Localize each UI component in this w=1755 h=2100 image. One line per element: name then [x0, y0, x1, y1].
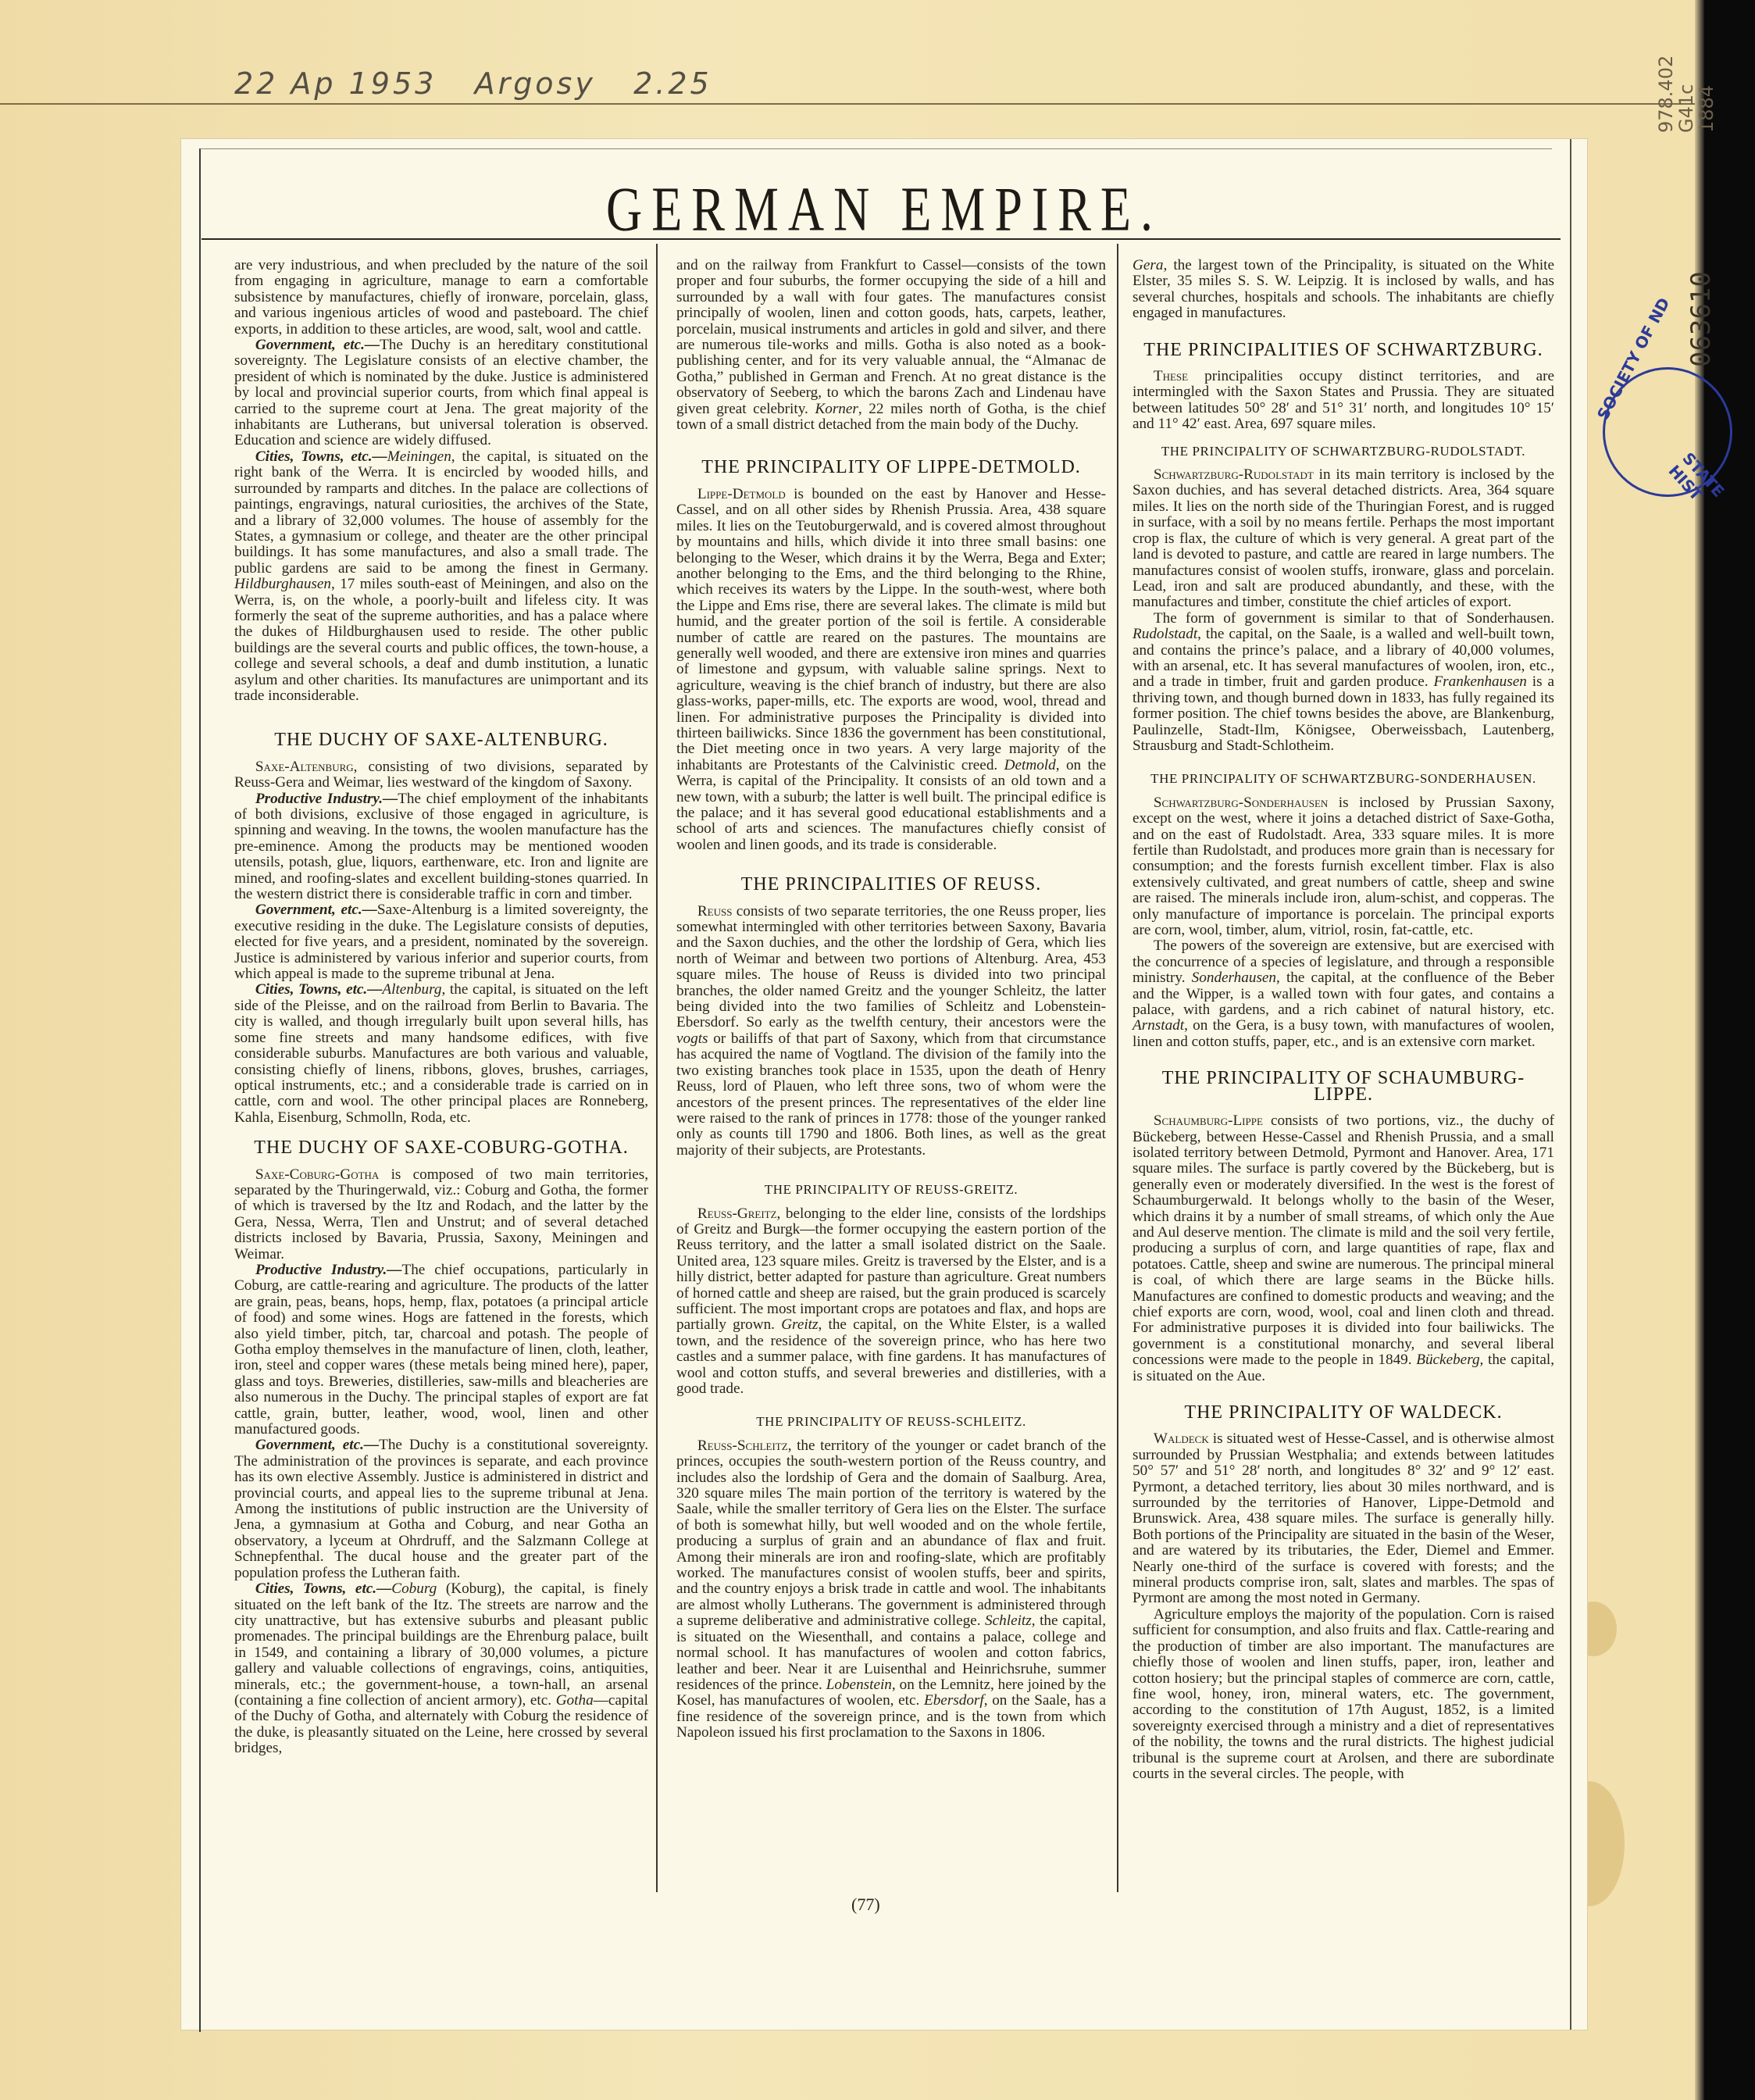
subsection-heading: THE PRINCIPALITY OF SCHWARTZBURG-RUDOLST… — [1133, 444, 1554, 459]
paragraph: Cities, Towns, etc.—Coburg (Koburg), the… — [234, 1581, 648, 1756]
paragraph: Government, etc.—The Duchy is an heredit… — [234, 337, 648, 449]
paragraph: Gera, the largest town of the Principali… — [1133, 258, 1554, 322]
section-heading: THE DUCHY OF SAXE-COBURG-GOTHA. — [234, 1140, 648, 1155]
accession-number: 063610 — [1685, 271, 1717, 367]
mount-rule — [0, 103, 1695, 105]
paragraph: Schaumburg-Lippe consists of two portion… — [1133, 1113, 1554, 1384]
column-middle: and on the railway from Frankfurt to Cas… — [676, 258, 1106, 1741]
paragraph: Reuss consists of two separate territori… — [676, 904, 1106, 1159]
title-rule — [202, 238, 1561, 240]
section-heading: THE PRINCIPALITY OF LIPPE-DETMOLD. — [676, 459, 1106, 475]
paragraph: The form of government is similar to tha… — [1133, 611, 1554, 755]
section-heading: THE PRINCIPALITIES OF SCHWARTZBURG. — [1133, 342, 1554, 358]
paragraph: Government, etc.—The Duchy is a constitu… — [234, 1437, 648, 1581]
sheet-right-rule — [1570, 139, 1571, 2030]
paragraph: are very industrious, and when precluded… — [234, 258, 648, 337]
shelf-mark: 978.402 G41c 1884 — [1656, 55, 1717, 133]
subsection-heading: THE PRINCIPALITY OF REUSS-SCHLEITZ. — [676, 1414, 1106, 1430]
column-right: Gera, the largest town of the Principali… — [1133, 258, 1554, 1782]
paragraph: Saxe-Altenburg, consisting of two divisi… — [234, 759, 648, 791]
paragraph: Agriculture employs the majority of the … — [1133, 1607, 1554, 1782]
paragraph: Lippe-Detmold is bounded on the east by … — [676, 487, 1106, 853]
paragraph: Cities, Towns, etc.—Meiningen, the capit… — [234, 449, 648, 705]
paragraph: The powers of the sovereign are extensiv… — [1133, 938, 1554, 1050]
paragraph: Schwartzburg-Sonderhausen is inclosed by… — [1133, 795, 1554, 939]
section-heading: THE PRINCIPALITY OF SCHAUMBURG-LIPPE. — [1133, 1070, 1554, 1102]
paragraph: Schwartzburg-Rudolstadt in its main terr… — [1133, 467, 1554, 611]
page-number: (77) — [851, 1895, 880, 1915]
paragraph: Productive Industry.—The chief employmen… — [234, 791, 648, 903]
paragraph: Reuss-Greitz, belonging to the elder lin… — [676, 1206, 1106, 1398]
paragraph: Cities, Towns, etc.—Altenburg, the capit… — [234, 982, 648, 1126]
paragraph: Saxe-Coburg-Gotha is composed of two mai… — [234, 1167, 648, 1262]
column-rule — [1117, 244, 1118, 1892]
paragraph: Government, etc.—Saxe-Altenburg is a lim… — [234, 902, 648, 982]
column-rule — [656, 244, 658, 1892]
page-title: GERMAN EMPIRE. — [181, 173, 1587, 246]
paragraph: Waldeck is situated west of Hesse-Cassel… — [1133, 1431, 1554, 1606]
subsection-heading: THE PRINCIPALITY OF SCHWARTZBURG-SONDERH… — [1133, 771, 1554, 787]
paragraph: Productive Industry.—The chief occupatio… — [234, 1262, 648, 1437]
paragraph: These principalities occupy distinct ter… — [1133, 369, 1554, 433]
section-heading: THE PRINCIPALITY OF WALDECK. — [1133, 1405, 1554, 1420]
paragraph: Reuss-Schleitz, the territory of the you… — [676, 1438, 1106, 1741]
paragraph: and on the railway from Frankfurt to Cas… — [676, 258, 1106, 433]
column-left: are very industrious, and when precluded… — [234, 258, 648, 1757]
purchase-note: 22 Ap 1953 Argosy 2.25 — [234, 66, 712, 101]
subsection-heading: THE PRINCIPALITY OF REUSS-GREITZ. — [676, 1182, 1106, 1198]
section-heading: THE DUCHY OF SAXE-ALTENBURG. — [234, 732, 648, 748]
section-heading: THE PRINCIPALITIES OF REUSS. — [676, 877, 1106, 892]
